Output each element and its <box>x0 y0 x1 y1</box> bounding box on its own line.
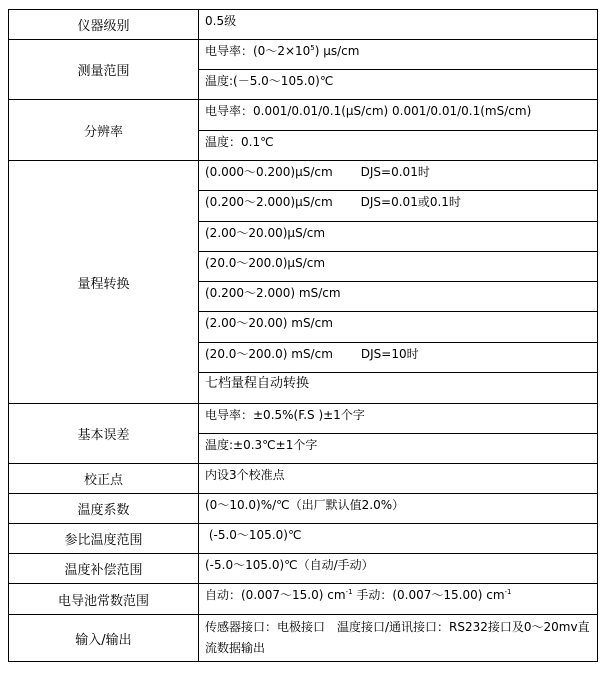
auto-range-text: 自动：(0.007～15.0) cm <box>205 588 346 602</box>
range-note: DJS=10时 <box>361 347 419 361</box>
value-reference-temperature-range: (-5.0～105.0)℃ <box>199 524 598 554</box>
range-text: (0.200～2.000)μS/cm <box>205 195 333 209</box>
label-basic-error: 基本误差 <box>9 404 199 464</box>
label-cell-constant-range: 电导池常数范围 <box>9 584 199 615</box>
label-instrument-grade: 仪器级别 <box>9 10 199 40</box>
label-input-output: 输入/输出 <box>9 615 199 662</box>
range-text: (20.0～200.0) mS/cm <box>205 347 333 361</box>
value-range-3: (2.00～20.00)μS/cm <box>199 222 598 252</box>
value-range-6: (2.00～20.00) mS/cm <box>199 312 598 343</box>
label-resolution: 分辨率 <box>9 100 199 161</box>
label-calibration-points: 校正点 <box>9 464 199 494</box>
label-temperature-coefficient: 温度系数 <box>9 494 199 524</box>
value-range-1: (0.000～0.200)μS/cmDJS=0.01时 <box>199 161 598 191</box>
value-basic-error-temperature: 温度:±0.3℃±1个字 <box>199 434 598 464</box>
value-temperature-compensation-range: (-5.0～105.0)℃（自动/手动） <box>199 554 598 584</box>
value-range-7: (20.0～200.0) mS/cmDJS=10时 <box>199 343 598 373</box>
value-input-output: 传感器接口：电极接口 温度接口/通讯接口：RS232接口及0～20mv直流数据输… <box>199 615 598 662</box>
conductivity-range-unit: ) μs/cm <box>315 44 360 58</box>
value-range-auto: 七档量程自动转换 <box>199 373 598 404</box>
value-temperature-coefficient: (0～10.0)%/℃（出厂默认值2.0%） <box>199 494 598 524</box>
value-calibration-points: 内设3个校准点 <box>199 464 598 494</box>
exponent: -1 <box>346 588 353 596</box>
value-resolution-temperature: 温度：0.1℃ <box>199 131 598 161</box>
manual-range-text: 手动：(0.007～15.00) cm <box>353 588 505 602</box>
label-temperature-compensation-range: 温度补偿范围 <box>9 554 199 584</box>
label-measure-range: 测量范围 <box>9 40 199 100</box>
range-note: DJS=0.01或0.1时 <box>361 195 461 209</box>
value-range-2: (0.200～2.000)μS/cmDJS=0.01或0.1时 <box>199 191 598 222</box>
spec-table: 仪器级别 0.5级 测量范围 电导率：(0～2×105) μs/cm 温度:(－… <box>8 9 598 662</box>
value-basic-error-conductivity: 电导率：±0.5%(F.S )±1个字 <box>199 404 598 434</box>
conductivity-range-text: 电导率：(0～2×10 <box>205 44 310 58</box>
range-text: (0.000～0.200)μS/cm <box>205 165 333 179</box>
value-resolution-conductivity: 电导率：0.001/0.01/0.1(μS/cm) 0.001/0.01/0.1… <box>199 100 598 131</box>
value-range-4: (20.0～200.0)μS/cm <box>199 252 598 282</box>
value-measure-range-conductivity: 电导率：(0～2×105) μs/cm <box>199 40 598 70</box>
range-note: DJS=0.01时 <box>361 165 430 179</box>
label-reference-temperature-range: 参比温度范围 <box>9 524 199 554</box>
value-range-5: (0.200～2.000) mS/cm <box>199 282 598 312</box>
value-measure-range-temperature: 温度:(－5.0～105.0)℃ <box>199 70 598 100</box>
exponent: 5 <box>310 44 314 52</box>
exponent: -1 <box>505 588 512 596</box>
value-cell-constant-range: 自动：(0.007～15.0) cm-1 手动：(0.007～15.00) cm… <box>199 584 598 615</box>
value-instrument-grade: 0.5级 <box>199 10 598 40</box>
label-range-switching: 量程转换 <box>9 161 199 404</box>
